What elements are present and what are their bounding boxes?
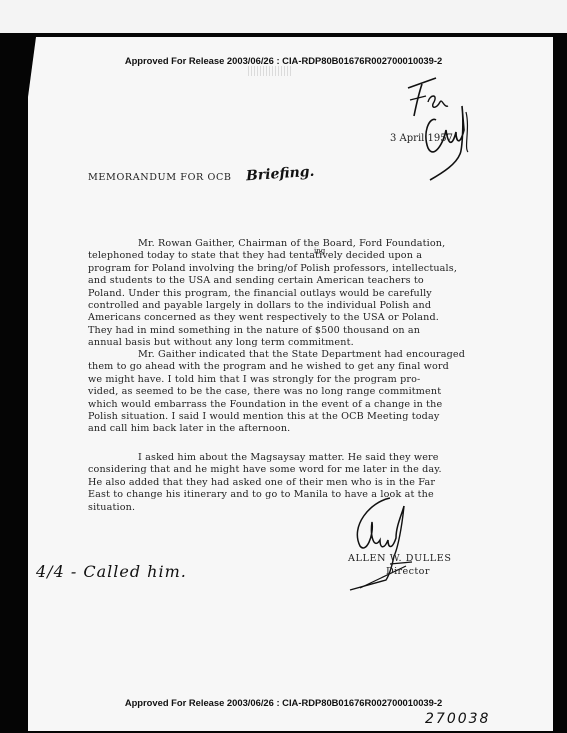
paragraph-2: Mr. Gaither indicated that the State Dep… — [88, 349, 538, 436]
text-line: them to go ahead with the program and he… — [88, 361, 538, 373]
text-line: Americans concerned as they went respect… — [88, 312, 538, 324]
memo-date: 3 April 1957 — [390, 133, 453, 144]
faded-stamp — [248, 66, 292, 76]
insertion-mark: ing — [314, 247, 325, 255]
text-line: They had in mind something in the nature… — [88, 325, 538, 337]
signer-name: ALLEN W. DULLES — [348, 553, 452, 564]
handwritten-annotation-top-right — [400, 72, 500, 182]
text-line: I asked him about the Magsaysay matter. … — [88, 452, 538, 464]
text-line: vided, as seemed to be the case, there w… — [88, 386, 538, 398]
text-line: which would embarrass the Foundation in … — [88, 399, 538, 411]
text-line: controlled and payable largely in dollar… — [88, 300, 538, 312]
text-line: situation. — [88, 502, 538, 514]
text-line: and call him back later in the afternoon… — [88, 423, 538, 435]
text-line: He also added that they had asked one of… — [88, 477, 538, 489]
text-line: East to change his itinerary and to go t… — [88, 489, 538, 501]
text-line: annual basis but without any long term c… — [88, 337, 538, 349]
text-line: Mr. Gaither indicated that the State Dep… — [88, 349, 538, 361]
paragraph-1: Mr. Rowan Gaither, Chairman of the Board… — [88, 238, 538, 350]
text-line: and students to the USA and sending cert… — [88, 275, 538, 287]
memo-title: MEMORANDUM FOR OCB — [88, 172, 232, 183]
text-line: we might have. I told him that I was str… — [88, 374, 538, 386]
text-line: Mr. Rowan Gaither, Chairman of the Board… — [88, 238, 538, 250]
text-line: telephoned today to state that they had … — [88, 250, 538, 262]
text-line: program for Poland involving the bring/o… — [88, 263, 538, 275]
release-footer: Approved For Release 2003/06/26 : CIA-RD… — [0, 697, 567, 708]
release-header: Approved For Release 2003/06/26 : CIA-RD… — [0, 55, 567, 66]
text-line: Polish situation. I said I would mention… — [88, 411, 538, 423]
document-number: 270038 — [425, 711, 490, 727]
paragraph-3: I asked him about the Magsaysay matter. … — [88, 452, 538, 514]
text-line: Poland. Under this program, the financia… — [88, 288, 538, 300]
signer-title: Director — [386, 566, 430, 577]
handwritten-note: 4/4 - Called him. — [36, 562, 187, 581]
text-line: considering that and he might have some … — [88, 464, 538, 476]
